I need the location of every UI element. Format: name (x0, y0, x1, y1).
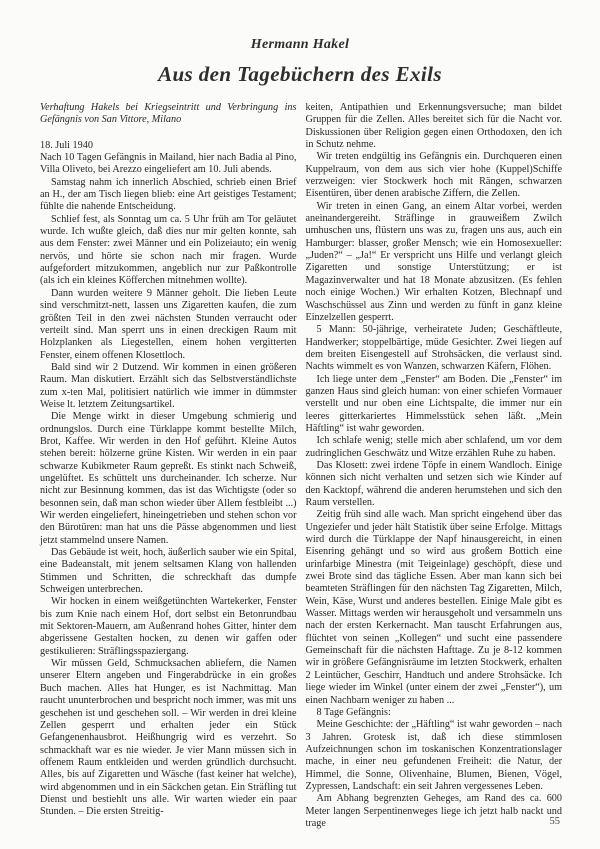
page-number: 55 (550, 816, 561, 827)
paragraph: Das Klosett: zwei irdene Töpfe in einem … (306, 460, 563, 509)
author-name: Hermann Hakel (0, 37, 600, 53)
paragraph: Dann wurden weitere 9 Männer geholt. Die… (40, 288, 297, 362)
paragraph: Schlief fest, als Sonntag um ca. 5 Uhr f… (40, 214, 297, 288)
paragraph: Wir müssen Geld, Schmucksachen abliefern… (40, 658, 297, 818)
column-left: Verhaftung Hakels bei Kriegseintritt und… (40, 102, 297, 830)
paragraph: 8 Tage Gefängnis: (306, 707, 563, 719)
page-title: Aus den Tagebüchern des Exils (0, 62, 600, 87)
paragraph: 18. Juli 1940 (40, 140, 297, 152)
paragraph: Das Gebäude ist weit, hoch, äußerlich sa… (40, 547, 297, 596)
document-page: Hermann Hakel Aus den Tagebüchern des Ex… (0, 0, 600, 849)
column-right: keiten, Antipathien und Erkennungsversuc… (306, 102, 563, 830)
paragraph: 5 Mann: 50-jährige, verheiratete Juden; … (306, 324, 563, 373)
editorial-note: Verhaftung Hakels bei Kriegseintritt und… (40, 102, 297, 127)
paragraph: Die Menge wirkt in dieser Umgebung schmi… (40, 411, 297, 547)
paragraph: Ich schlafe wenig; stelle mich aber schl… (306, 435, 563, 460)
paragraph: Bald sind wir 2 Dutzend. Wir kommen in e… (40, 362, 297, 411)
paragraph: Zeitig früh sind alle wach. Man spricht … (306, 509, 563, 707)
paragraph: Am Abhang begrenzten Geheges, am Rand de… (306, 793, 563, 830)
paragraph: Wir treten endgültig ins Gefängnis ein. … (306, 151, 563, 200)
paragraph: Wir hocken in einem weißgetünchten Warte… (40, 596, 297, 658)
text-columns: Verhaftung Hakels bei Kriegseintritt und… (0, 102, 600, 830)
paragraph: Meine Geschichte: der „Häftling“ ist wah… (306, 719, 563, 793)
paragraph: Ich liege unter dem „Fenster“ am Boden. … (306, 374, 563, 436)
paragraph: Nach 10 Tagen Gefängnis in Mailand, hier… (40, 152, 297, 177)
page-header: Hermann Hakel Aus den Tagebüchern des Ex… (0, 0, 600, 87)
paragraph: Samstag nahm ich innerlich Abschied, sch… (40, 177, 297, 214)
paragraph: keiten, Antipathien und Erkennungsversuc… (306, 102, 563, 151)
paragraph: Wir treten in einen Gang, an einem Altar… (306, 201, 563, 324)
